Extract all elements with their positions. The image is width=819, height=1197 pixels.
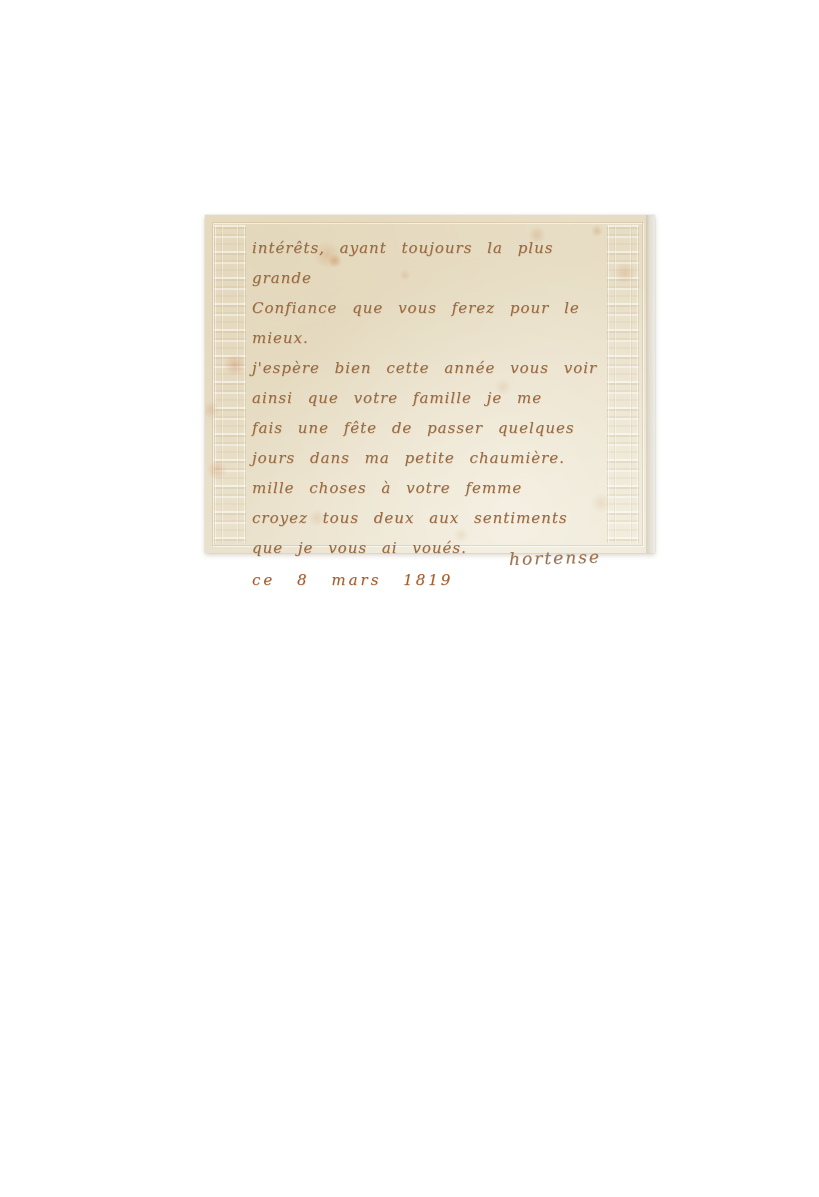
letter-line-1: intérêts, ayant toujours la plus grande (252, 233, 615, 293)
letter-line-7: mille choses à votre femme (252, 473, 615, 503)
letter-line-6: jours dans ma petite chaumière. (252, 443, 615, 473)
letter-line-3: j'espère bien cette année vous voir (252, 353, 615, 383)
letter-line-4: ainsi que votre famille je me (252, 383, 615, 413)
letter-line-8: croyez tous deux aux sentiments (252, 503, 615, 533)
letter-line-2: Confiance que vous ferez pour le mieux. (252, 293, 615, 353)
letter-body: intérêts, ayant toujours la plus grande … (252, 233, 615, 595)
letter-paper: intérêts, ayant toujours la plus grande … (205, 215, 655, 553)
letter-line-5: fais une fête de passer quelques (252, 413, 615, 443)
page-background: intérêts, ayant toujours la plus grande … (0, 0, 819, 1197)
paper-right-edge (646, 215, 655, 553)
embossed-border-left (214, 225, 246, 543)
